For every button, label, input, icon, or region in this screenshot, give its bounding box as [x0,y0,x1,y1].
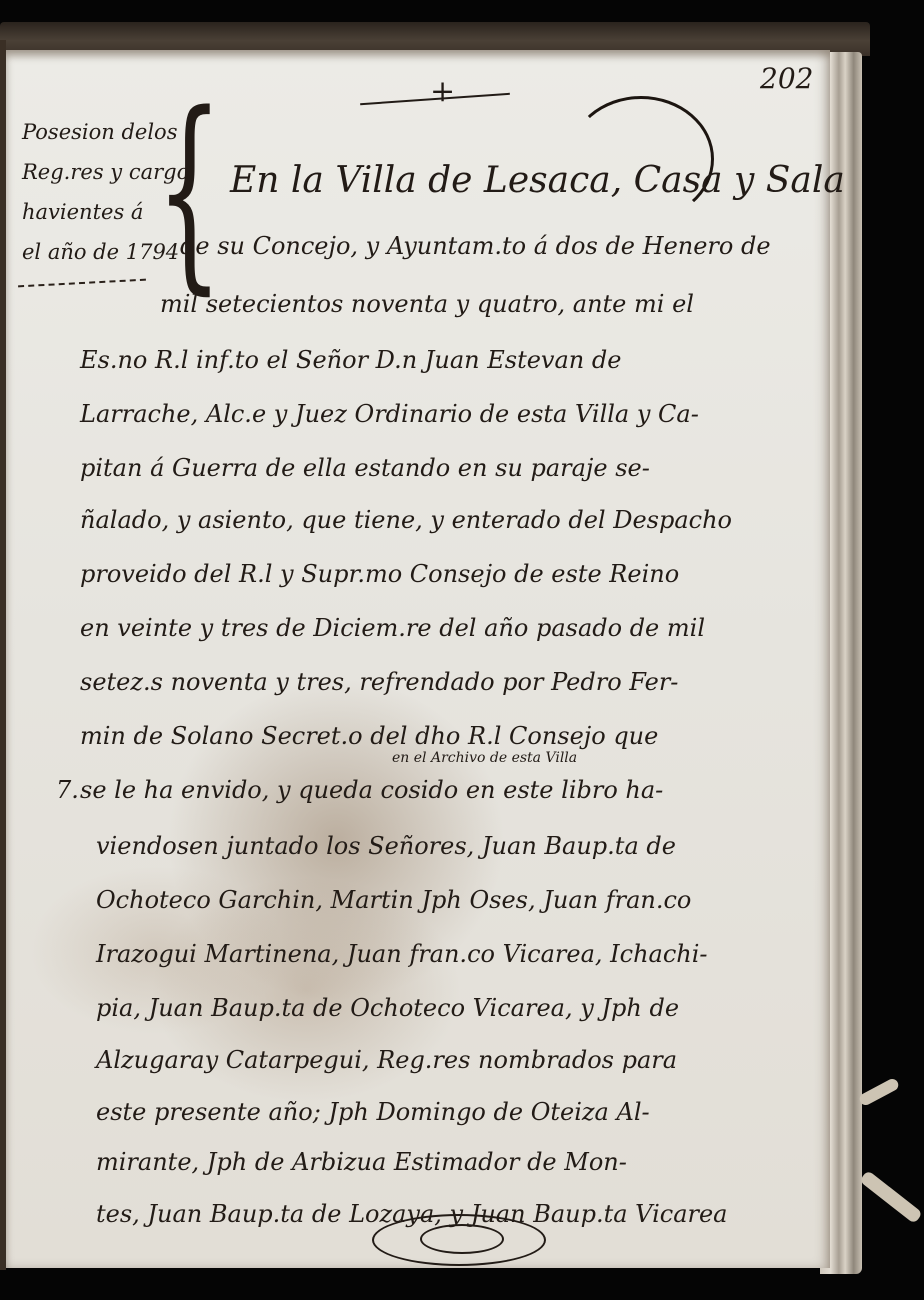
brace-icon: { [156,86,223,296]
body-line: viendosen juntado los Señores, Juan Baup… [96,832,676,860]
body-line: Alzugaray Catarpegui, Reg.res nombrados … [96,1046,677,1074]
body-line: proveido del R.l y Supr.mo Consejo de es… [80,560,679,588]
folio-number: 202 [760,62,813,95]
body-line: se le ha envido, y queda cosido en este … [80,776,663,804]
decorative-flourish [568,96,714,222]
body-line: pia, Juan Baup.ta de Ochoteco Vicarea, y… [96,994,679,1022]
signature-rubric-inner [420,1224,504,1254]
cross-icon: + [430,74,455,109]
body-line: min de Solano Secret.o del dho R.l Conse… [80,722,658,750]
body-line: en veinte y tres de Diciem.re del año pa… [80,614,705,642]
margin-mark: 7. [56,776,79,804]
body-line: ñalado, y asiento, que tiene, y enterado… [80,506,732,534]
bookmark-ribbon [858,1077,901,1107]
body-line: Es.no R.l inf.to el Señor D.n Juan Estev… [80,346,621,374]
body-line: mil setecientos noventa y quatro, ante m… [160,290,694,318]
body-line: Irazogui Martinena, Juan fran.co Vicarea… [96,940,708,968]
body-line: Larrache, Alc.e y Juez Ordinario de esta… [80,400,699,428]
body-line: este presente año; Jph Domingo de Oteiza… [96,1098,650,1126]
body-line: mirante, Jph de Arbizua Estimador de Mon… [96,1148,627,1176]
heading-line: En la Villa de Lesaca, Casa y Sala [230,160,845,201]
interlinear-insertion: en el Archivo de esta Villa [392,750,577,766]
body-line: Ochoteco Garchin, Martin Jph Oses, Juan … [96,886,691,914]
body-line: setez.s noventa y tres, refrendado por P… [80,668,678,696]
body-line: de su Concejo, y Ayuntam.to á dos de Hen… [180,232,771,260]
bookmark-ribbon [859,1170,923,1224]
body-line: pitan á Guerra de ella estando en su par… [80,454,650,482]
